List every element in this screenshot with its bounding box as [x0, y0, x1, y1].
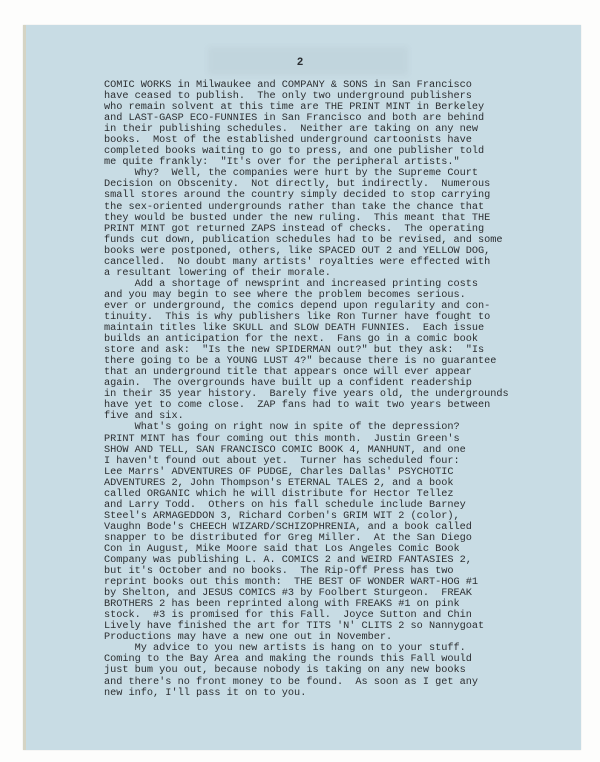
text-line: small stores around the country simply d…: [104, 190, 509, 201]
body-text: COMIC WORKS in Milwaukee and COMPANY & S…: [104, 80, 509, 699]
typewritten-page: 2 COMIC WORKS in Milwaukee and COMPANY &…: [23, 25, 581, 750]
bleed-through-marks: [208, 47, 408, 75]
page-number: 2: [293, 57, 307, 69]
text-line: What's going on right now in spite of th…: [104, 422, 509, 433]
text-line: the sex-oriented undergrounds rather tha…: [104, 202, 509, 213]
text-line: and there's no front money to be found. …: [104, 677, 509, 688]
text-line: PRINT MINT has four coming out this mont…: [104, 434, 509, 445]
text-line: SHOW AND TELL, SAN FRANCISCO COMIC BOOK …: [104, 445, 509, 456]
text-line: they would be busted under the new rulin…: [104, 213, 509, 224]
text-line: just bum you out, because nobody is taki…: [104, 665, 509, 676]
text-line: I haven't found out about yet. Turner ha…: [104, 456, 509, 467]
text-line: PRINT MINT got returned ZAPS instead of …: [104, 224, 509, 235]
text-line: new info, I'll pass it on to you.: [104, 688, 509, 699]
